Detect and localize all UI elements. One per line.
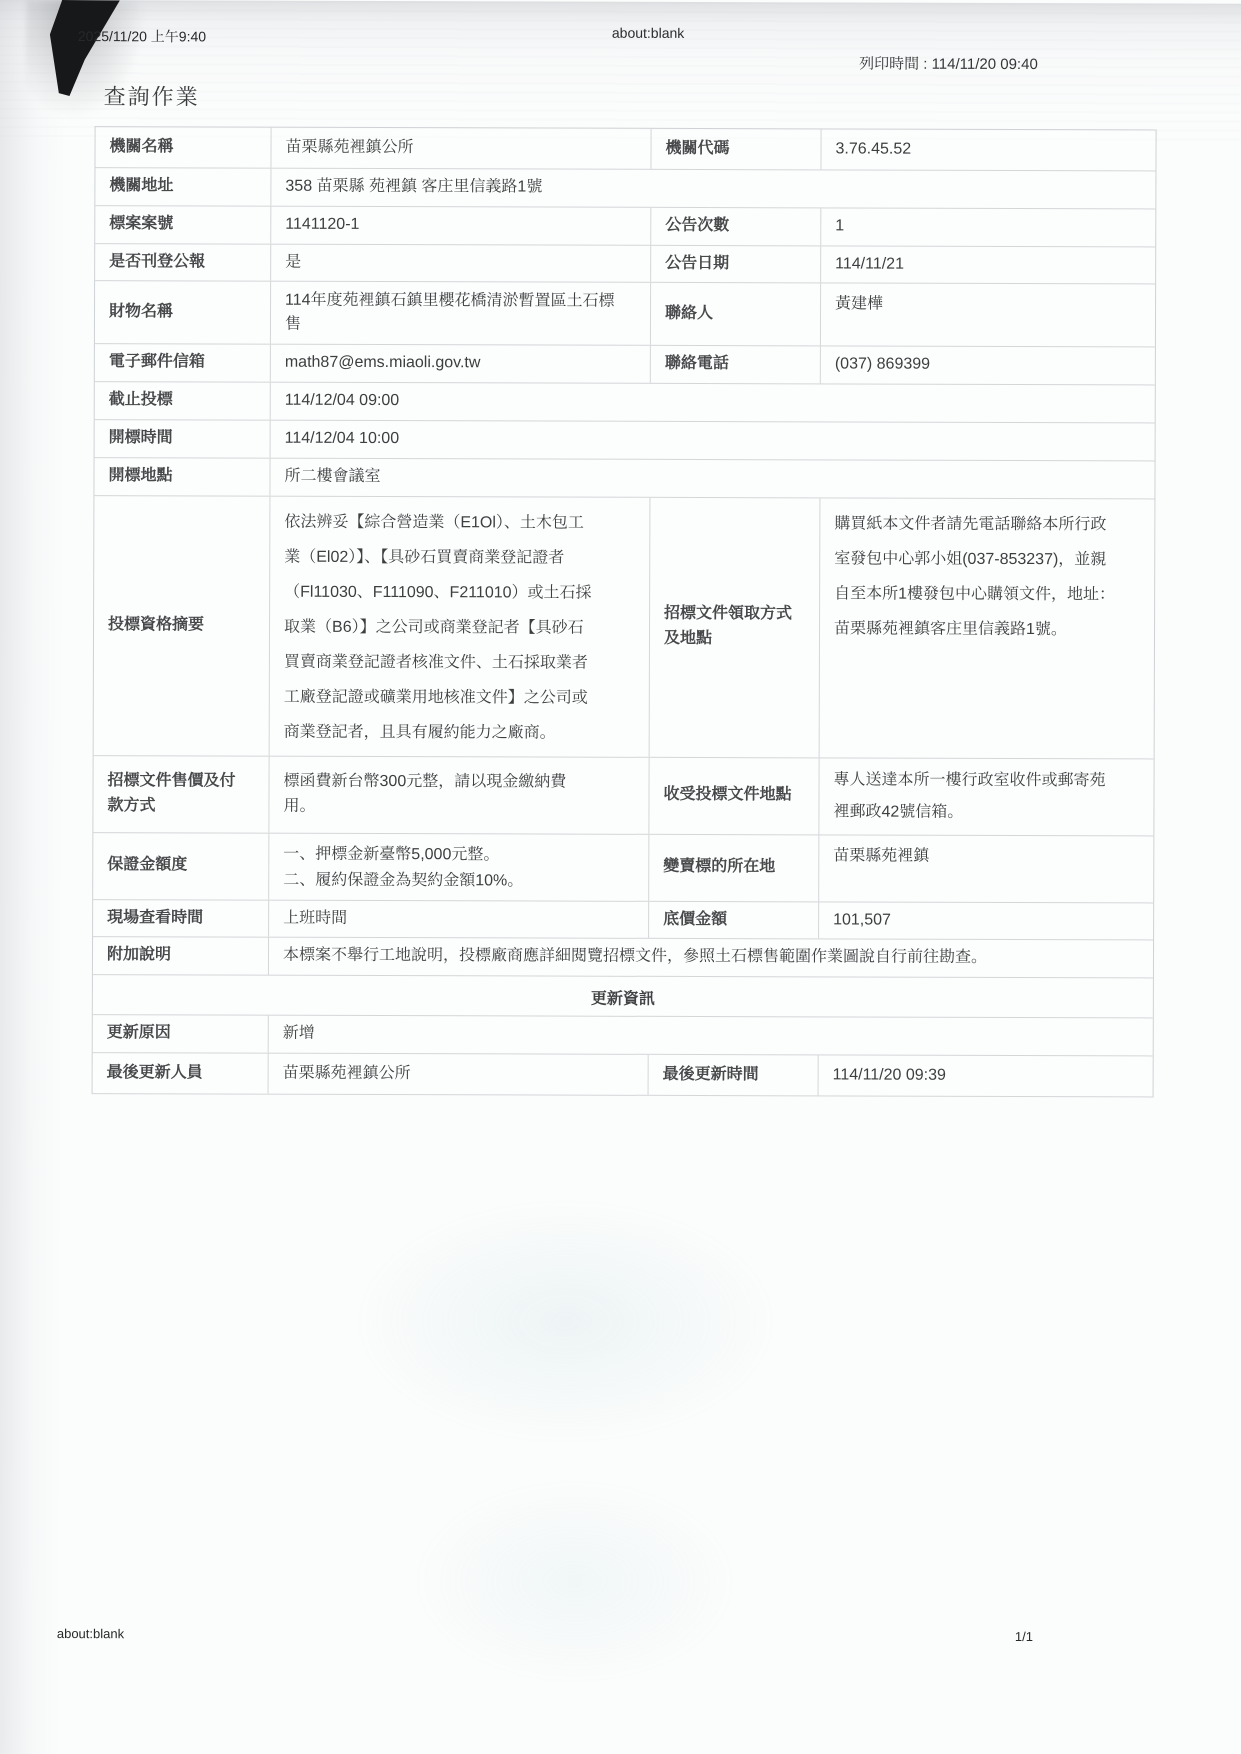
field-label: 聯絡人 [650, 283, 820, 346]
field-value: math87@ems.miaoli.gov.tw [270, 345, 650, 383]
row-agency-address: 機關地址 358 苗栗縣 苑裡鎮 客庄里信義路1號 [95, 168, 1155, 209]
row-additional-notes: 附加說明 本標案不舉行工地說明，投標廠商應詳細閱覽招標文件，參照土石標售範圍作業… [93, 937, 1153, 978]
field-value: 本標案不舉行工地說明，投標廠商應詳細閱覽招標文件，參照土石標售範圍作業圖說自行前… [268, 938, 1153, 978]
deposit-line-2: 二、履約保證金為契約金額10%。 [283, 867, 634, 894]
print-source-url: about:blank [612, 25, 684, 41]
field-label: 機關地址 [95, 168, 270, 205]
row-last-updated: 最後更新人員 苗栗縣苑裡鎮公所 最後更新時間 114/11/20 09:39 [93, 1053, 1153, 1097]
field-value: 上班時間 [268, 900, 648, 938]
field-label: 招標文件售價及付款方式 [93, 756, 268, 833]
row-property-name: 財物名稱 114年度苑裡鎮石鎮里櫻花橋清淤暫置區土石標售 聯絡人 黃建樺 [95, 282, 1155, 348]
field-label: 收受投標文件地點 [648, 757, 818, 834]
field-label: 聯絡電話 [650, 346, 820, 383]
row-gazette: 是否刊登公報 是 公告日期 114/11/21 [95, 244, 1155, 285]
scan-streaks [0, 0, 1241, 144]
field-value: 114年度苑裡鎮石鎮里櫻花橋清淤暫置區土石標售 [270, 282, 634, 345]
field-label: 公告日期 [650, 245, 820, 282]
field-value: 所二樓會議室 [269, 458, 1154, 498]
field-label: 截止投標 [95, 382, 270, 419]
tender-detail-table: 機關名稱 苗栗縣苑裡鎮公所 機關代碼 3.76.45.52 機關地址 358 苗… [92, 126, 1157, 1097]
field-label: 開標地點 [94, 458, 269, 495]
field-value: 114/11/21 [820, 246, 1155, 284]
page-number: 1/1 [1015, 1629, 1033, 1644]
field-label: 財物名稱 [95, 282, 270, 345]
section-header-update-info: 更新資訊 [93, 975, 1153, 1018]
scan-left-shading [0, 0, 66, 1754]
field-label: 變賣標的所在地 [648, 834, 818, 901]
field-value: 苗栗縣苑裡鎮公所 [268, 1054, 648, 1095]
scanned-page: 2025/11/20 上午9:40 about:blank 列印時間 : 114… [0, 0, 1241, 1754]
field-value: 114/12/04 09:00 [270, 383, 1155, 423]
field-value: 苗栗縣苑裡鎮公所 [270, 128, 650, 169]
row-case-number: 標案案號 1141120-1 公告次數 1 [95, 206, 1155, 247]
field-label: 機關名稱 [95, 127, 270, 168]
field-label: 最後更新時間 [648, 1055, 818, 1096]
field-value: 標函費新台幣300元整，請以現金繳納費用。 [268, 756, 609, 833]
field-value: 專人送達本所一樓行政室收件或郵寄苑裡郵政42號信箱。 [818, 758, 1129, 835]
field-label: 保證金額度 [93, 833, 268, 900]
row-deposit: 保證金額度 一、押標金新臺幣5,000元整。 二、履約保證金為契約金額10%。 … [93, 833, 1153, 903]
field-label: 更新原因 [93, 1015, 268, 1052]
field-value: 是 [270, 244, 650, 282]
field-label: 標案案號 [95, 206, 270, 243]
field-value: 358 苗栗縣 苑裡鎮 客庄里信義路1號 [270, 169, 1155, 209]
field-label: 最後更新人員 [93, 1053, 268, 1094]
scan-smudge [415, 1481, 736, 1682]
field-value: 114/11/20 09:39 [818, 1055, 1153, 1096]
field-value: 苗栗縣苑裡鎮 [818, 835, 1153, 902]
row-agency-name: 機關名稱 苗栗縣苑裡鎮公所 機關代碼 3.76.45.52 [95, 127, 1155, 171]
field-value: 114/12/04 10:00 [270, 421, 1155, 461]
field-value: 購買紙本文件者請先電話聯絡本所行政室發包中心郭小姐(037-853237)，並親… [819, 498, 1131, 758]
row-qualification-summary: 投標資格摘要 依法辨妥【綜合營造業（E1Ol）、土木包工業（El02）】、【具砂… [94, 496, 1155, 759]
field-label: 機關代碼 [650, 129, 820, 170]
field-label: 現場查看時間 [93, 900, 268, 937]
field-label: 附加說明 [93, 937, 268, 974]
row-update-reason: 更新原因 新增 [93, 1015, 1153, 1056]
field-value: 3.76.45.52 [820, 129, 1155, 170]
deposit-line-1: 一、押標金新臺幣5,000元整。 [283, 841, 634, 868]
field-value: 一、押標金新臺幣5,000元整。 二、履約保證金為契約金額10%。 [268, 833, 648, 900]
field-value: 1 [820, 208, 1155, 246]
field-value: 1141120-1 [270, 206, 650, 244]
field-label: 公告次數 [650, 208, 820, 245]
field-label: 投標資格摘要 [94, 496, 270, 756]
row-bid-deadline: 截止投標 114/12/04 09:00 [95, 382, 1155, 423]
page-title: 查詢作業 [104, 80, 200, 111]
scan-smudge [355, 1201, 776, 1442]
field-value: 依法辨妥【綜合營造業（E1Ol）、土木包工業（El02）】、【具砂石買賣商業登記… [269, 496, 611, 756]
field-label: 招標文件領取方式及地點 [649, 497, 820, 757]
field-label: 開標時間 [95, 420, 270, 457]
field-value: 新增 [268, 1016, 1153, 1056]
row-site-visit: 現場查看時間 上班時間 底價金額 101,507 [93, 900, 1153, 941]
row-opening-place: 開標地點 所二樓會議室 [94, 458, 1154, 499]
field-label: 是否刊登公報 [95, 244, 270, 281]
print-time-stamp: 列印時間 : 114/11/20 09:40 [810, 52, 1038, 74]
field-label: 電子郵件信箱 [95, 345, 270, 382]
row-opening-time: 開標時間 114/12/04 10:00 [95, 420, 1155, 461]
field-label: 底價金額 [648, 901, 818, 938]
field-value: (037) 869399 [820, 347, 1155, 385]
row-document-price: 招標文件售價及付款方式 標函費新台幣300元整，請以現金繳納費用。 收受投標文件… [93, 756, 1153, 836]
field-value: 101,507 [818, 902, 1153, 940]
footer-source-url: about:blank [57, 1626, 124, 1641]
row-email: 電子郵件信箱 math87@ems.miaoli.gov.tw 聯絡電話 (03… [95, 345, 1155, 386]
print-datetime: 2025/11/20 上午9:40 [78, 26, 206, 46]
field-value: 黃建樺 [820, 284, 1155, 347]
